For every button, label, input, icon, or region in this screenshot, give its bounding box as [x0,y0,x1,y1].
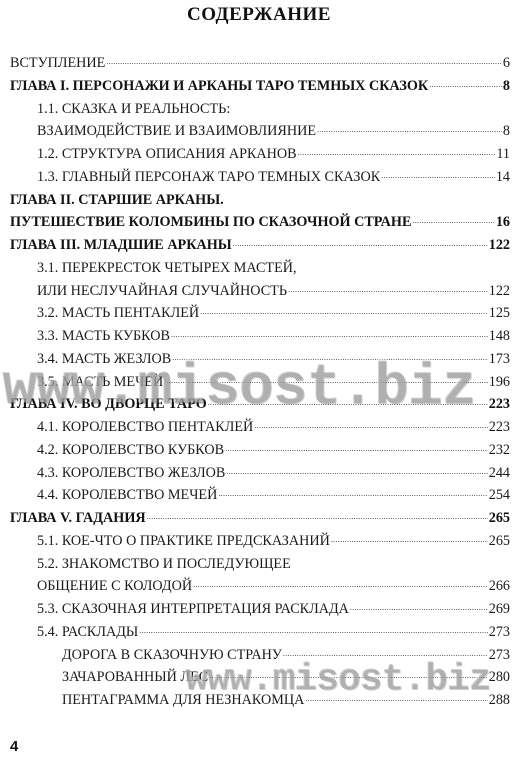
toc-entry: ДОРОГА В СКАЗОЧНУЮ СТРАНУ273 [62,642,510,664]
toc-entry: ГЛАВА I. ПЕРСОНАЖИ И АРКАНЫ ТАРО ТЕМНЫХ … [10,73,510,95]
dot-leader [209,668,488,686]
toc-entry: 4.4. КОРОЛЕВСТВО МЕЧЕЙ254 [37,482,510,504]
toc-entry: ВЗАИМОДЕЙСТВИЕ И ВЗАИМОВЛИЯНИЕ8 [37,118,510,140]
toc-entry-page: 280 [488,668,510,686]
toc-entry: 3.5. МАСТЬ МЕЧЕЙ196 [37,369,510,391]
dot-leader [226,464,487,482]
toc-entry-page: 8 [502,77,510,95]
toc-entry-label: 1.2. СТРУКТУРА ОПИСАНИЯ АРКАНОВ [37,145,298,163]
toc-entry: 3.1. ПЕРЕКРЕСТОК ЧЕТЫРЕХ МАСТЕЙ, [37,255,510,277]
toc-entry-page: 288 [488,691,510,709]
toc-entry-label: 5.1. КОЕ-ЧТО О ПРАКТИКЕ ПРЕДСКАЗАНИЙ [37,532,331,550]
dot-leader [381,168,495,186]
toc-entry-page: 173 [488,350,510,368]
page-title: СОДЕРЖАНИЕ [0,4,518,26]
dot-leader [288,282,488,300]
toc-entry-label: 1.3. ГЛАВНЫЙ ПЕРСОНАЖ ТАРО ТЕМНЫХ СКАЗОК [37,168,381,186]
dot-leader [283,646,488,664]
toc-entry: ВСТУПЛЕНИЕ6 [10,50,510,72]
toc-entry-label: ВСТУПЛЕНИЕ [10,54,106,72]
toc-entry-page: 14 [495,168,510,186]
toc-entry-label: ЗАЧАРОВАННЫЙ ЛЕС [62,668,209,686]
dot-leader [171,327,488,345]
dot-leader [193,577,488,595]
toc-entry-page: 254 [488,486,510,504]
toc-entry: ГЛАВА II. СТАРШИЕ АРКАНЫ. [10,187,510,209]
dot-leader [305,691,487,709]
page-number: 4 [10,738,18,755]
toc-entry-page: 273 [488,646,510,664]
toc-entry-label: 3.1. ПЕРЕКРЕСТОК ЧЕТЫРЕХ МАСТЕЙ, [37,259,298,277]
toc-entry-page: 122 [488,236,510,254]
toc-entry-page: 196 [488,373,510,391]
toc-entry: ПЕНТАГРАММА ДЛЯ НЕЗНАКОМЦА288 [62,687,510,709]
toc-entry-label: ВЗАИМОДЕЙСТВИЕ И ВЗАИМОВЛИЯНИЕ [37,122,317,140]
toc-entry: ПУТЕШЕСТВИЕ КОЛОМБИНЫ ПО СКАЗОЧНОЙ СТРАН… [10,209,510,231]
dot-leader [200,304,488,322]
toc-entry-label: 4.2. КОРОЛЕВСТВО КУБКОВ [37,441,225,459]
dot-leader [147,509,488,527]
dot-leader [164,373,488,391]
toc-entry-page: 223 [488,418,510,436]
toc-entry: 1.1. СКАЗКА И РЕАЛЬНОСТЬ: [37,96,510,118]
toc-entry: 4.1. КОРОЛЕВСТВО ПЕНТАКЛЕЙ223 [37,414,510,436]
toc-entry-label: ГЛАВА II. СТАРШИЕ АРКАНЫ. [10,191,225,209]
toc-entry-label: 4.1. КОРОЛЕВСТВО ПЕНТАКЛЕЙ [37,418,254,436]
toc-entry-page: 6 [502,54,510,72]
toc-entry: 3.4. МАСТЬ ЖЕЗЛОВ173 [37,346,510,368]
dot-leader [298,145,496,163]
toc-entry-label: 3.4. МАСТЬ ЖЕЗЛОВ [37,350,172,368]
toc-entry-page: 244 [488,464,510,482]
toc-entry: 4.3. КОРОЛЕВСТВО ЖЕЗЛОВ244 [37,460,510,482]
toc-entry-label: 3.3. МАСТЬ КУБКОВ [37,327,171,345]
dot-leader [208,395,488,413]
toc-entry: 5.1. КОЕ-ЧТО О ПРАКТИКЕ ПРЕДСКАЗАНИЙ265 [37,528,510,550]
dot-leader [139,623,487,641]
toc-entry: 1.2. СТРУКТУРА ОПИСАНИЯ АРКАНОВ11 [37,141,510,163]
toc-entry: 5.3. СКАЗОЧНАЯ ИНТЕРПРЕТАЦИЯ РАСКЛАДА269 [37,596,510,618]
toc-entry-page: 269 [488,600,510,618]
dot-leader [218,486,487,504]
toc-entry-label: 3.5. МАСТЬ МЕЧЕЙ [37,373,164,391]
dot-leader [317,122,502,140]
toc-entry-label: 5.3. СКАЗОЧНАЯ ИНТЕРПРЕТАЦИЯ РАСКЛАДА [37,600,350,618]
dot-leader [233,236,488,254]
toc-entry-label: ОБЩЕНИЕ С КОЛОДОЙ [37,577,193,595]
toc-entry-page: 266 [488,577,510,595]
toc-entry-label: ГЛАВА V. ГАДАНИЯ [10,509,147,527]
toc-entry-label: ГЛАВА IV. ВО ДВОРЦЕ ТАРО [10,395,208,413]
toc-entry-label: ДОРОГА В СКАЗОЧНУЮ СТРАНУ [62,646,283,664]
toc-entry-label: 1.1. СКАЗКА И РЕАЛЬНОСТЬ: [37,100,231,118]
toc-entry-page: 122 [488,282,510,300]
toc-entry: ЗАЧАРОВАННЫЙ ЛЕС280 [62,664,510,686]
toc-entry: ГЛАВА IV. ВО ДВОРЦЕ ТАРО223 [10,391,510,413]
toc-entry-label: ИЛИ НЕСЛУЧАЙНАЯ СЛУЧАЙНОСТЬ [37,282,288,300]
toc-entry-label: 5.2. ЗНАКОМСТВО И ПОСЛЕДУЮЩЕЕ [37,555,292,573]
toc-entry-label: 5.4. РАСКЛАДЫ [37,623,139,641]
toc-entry: ОБЩЕНИЕ С КОЛОДОЙ266 [37,573,510,595]
toc-entry: ГЛАВА III. МЛАДШИЕ АРКАНЫ122 [10,232,510,254]
toc-entry: ИЛИ НЕСЛУЧАЙНАЯ СЛУЧАЙНОСТЬ122 [37,278,510,300]
toc-entry-label: ГЛАВА I. ПЕРСОНАЖИ И АРКАНЫ ТАРО ТЕМНЫХ … [10,77,429,95]
dot-leader [412,213,494,231]
toc-entry-page: 273 [488,623,510,641]
toc-entry-label: 3.2. МАСТЬ ПЕНТАКЛЕЙ [37,304,200,322]
toc-entry-page: 8 [502,122,510,140]
dot-leader [350,600,488,618]
toc-entry-label: 4.4. КОРОЛЕВСТВО МЕЧЕЙ [37,486,218,504]
toc-entry: 5.4. РАСКЛАДЫ273 [37,619,510,641]
toc-entry: ГЛАВА V. ГАДАНИЯ265 [10,505,510,527]
dot-leader [106,54,502,72]
dot-leader [225,441,488,459]
toc-entry: 1.3. ГЛАВНЫЙ ПЕРСОНАЖ ТАРО ТЕМНЫХ СКАЗОК… [37,164,510,186]
dot-leader [331,532,488,550]
toc-entry-page: 11 [495,145,510,163]
toc-entry-label: ГЛАВА III. МЛАДШИЕ АРКАНЫ [10,236,233,254]
toc-entry: 3.2. МАСТЬ ПЕНТАКЛЕЙ125 [37,300,510,322]
toc-entry-label: 4.3. КОРОЛЕВСТВО ЖЕЗЛОВ [37,464,226,482]
toc-entry-page: 148 [488,327,510,345]
dot-leader [172,350,488,368]
toc-entry-label: ПУТЕШЕСТВИЕ КОЛОМБИНЫ ПО СКАЗОЧНОЙ СТРАН… [10,213,412,231]
toc-entry-page: 265 [488,532,510,550]
toc-entry: 5.2. ЗНАКОМСТВО И ПОСЛЕДУЮЩЕЕ [37,551,510,573]
toc-entry-page: 16 [495,213,510,231]
toc-entry-page: 232 [488,441,510,459]
toc-entry-page: 125 [488,304,510,322]
toc-entry: 4.2. КОРОЛЕВСТВО КУБКОВ232 [37,437,510,459]
toc-entry-page: 265 [488,509,510,527]
dot-leader [254,418,487,436]
toc-entry-page: 223 [488,395,510,413]
toc-entry-label: ПЕНТАГРАММА ДЛЯ НЕЗНАКОМЦА [62,691,305,709]
dot-leader [429,77,502,95]
toc-entry: 3.3. МАСТЬ КУБКОВ148 [37,323,510,345]
